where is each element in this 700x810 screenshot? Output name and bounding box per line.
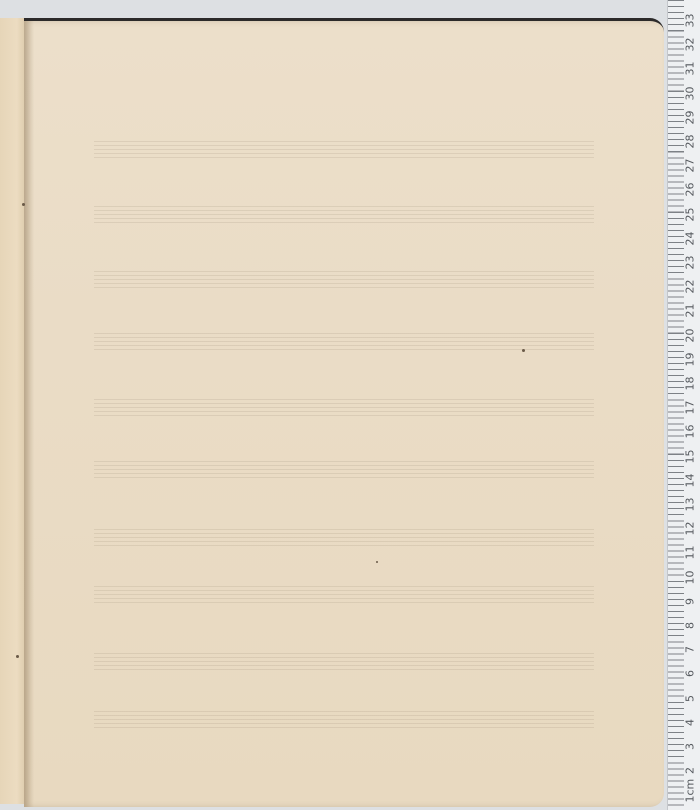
bleed-through-line (94, 141, 594, 159)
ruler-number: 23 (684, 255, 697, 271)
ruler-number: 19 (684, 351, 697, 367)
ruler-number: 9 (684, 593, 697, 609)
ruler-number: 4 (684, 714, 697, 730)
ruler-ticks (668, 0, 684, 810)
ruler-number: 14 (684, 472, 697, 488)
ruler-number: 22 (684, 279, 697, 295)
bleed-through-line (94, 529, 594, 547)
ruler-number: 11 (684, 545, 697, 561)
ruler-number: 28 (684, 134, 697, 150)
ruler-number: 30 (684, 85, 697, 101)
bleed-through-line (94, 586, 594, 604)
ruler-number: 21 (684, 303, 697, 319)
ruler-number: 18 (684, 376, 697, 392)
ruler-number: 24 (684, 230, 697, 246)
ruler-number: 26 (684, 182, 697, 198)
bleed-through-line (94, 399, 594, 417)
ruler-number: 15 (684, 448, 697, 464)
ruler-number: 8 (684, 618, 697, 634)
binding-mark (16, 655, 19, 658)
ruler-number: 12 (684, 521, 697, 537)
ruler-number: 16 (684, 424, 697, 440)
bleed-through-line (94, 711, 594, 729)
binding-mark (22, 203, 25, 206)
measuring-ruler: 3332313029282726252423222120191817161514… (667, 0, 700, 810)
ruler-number: 27 (684, 158, 697, 174)
bleed-through-line (94, 653, 594, 671)
ruler-number: 20 (684, 327, 697, 343)
ruler-number: 6 (684, 666, 697, 682)
ruler-number: 17 (684, 400, 697, 416)
ruler-number: 29 (684, 109, 697, 125)
ruler-number: 32 (684, 37, 697, 53)
ruler-number: 3 (684, 739, 697, 755)
ruler-number: 2 (684, 763, 697, 779)
ruler-number: 1cm (684, 787, 697, 803)
ruler-number: 7 (684, 642, 697, 658)
bleed-through-line (94, 206, 594, 224)
bleed-through-line (94, 271, 594, 289)
ruler-number: 10 (684, 569, 697, 585)
document-page (24, 18, 664, 807)
ruler-number: 31 (684, 61, 697, 77)
ruler-number: 25 (684, 206, 697, 222)
speck (522, 349, 525, 352)
bleed-through-line (94, 461, 594, 479)
ruler-number: 5 (684, 690, 697, 706)
ruler-number: 13 (684, 497, 697, 513)
bleed-through-line (94, 333, 594, 351)
speck (376, 561, 378, 563)
ruler-number: 33 (684, 13, 697, 29)
